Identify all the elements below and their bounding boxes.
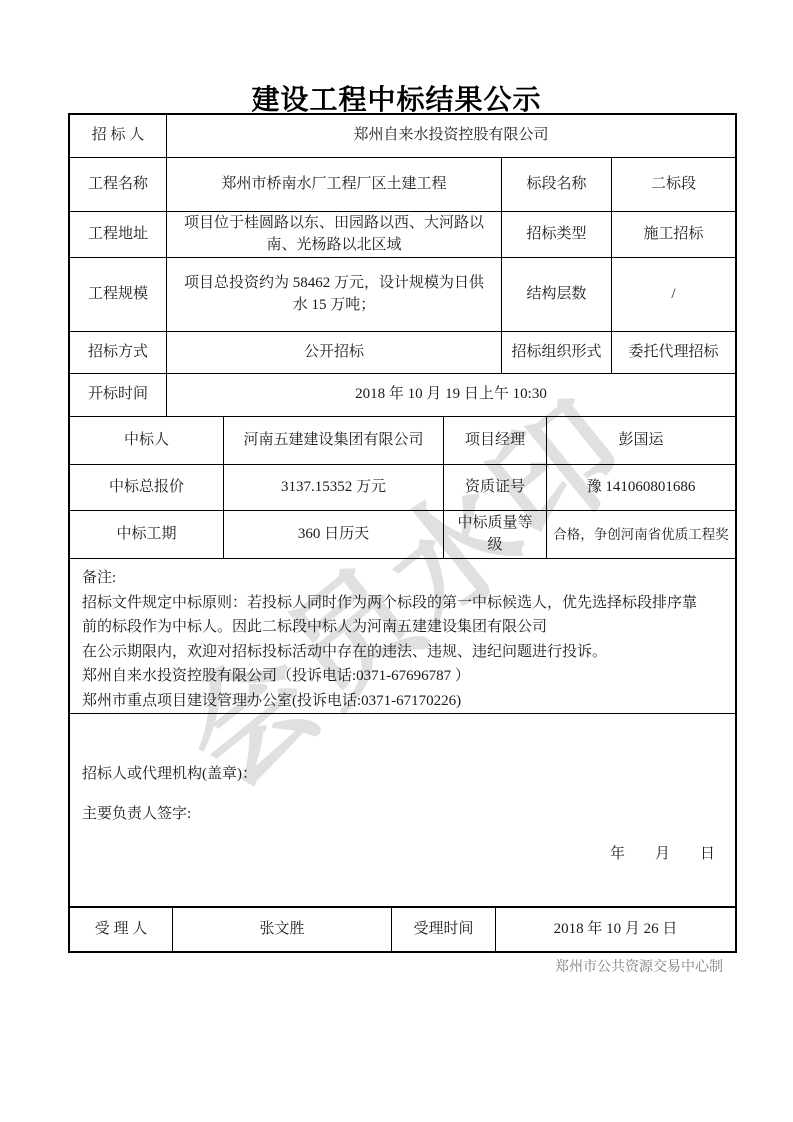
bid-org-form-label: 招标组织形式 (502, 332, 612, 373)
table-row-bid-method: 招标方式 公开招标 招标组织形式 委托代理招标 (70, 332, 735, 374)
section-name-label: 标段名称 (502, 158, 612, 211)
table-row-remarks: 备注: 招标文件规定中标原则：若投标人同时作为两个标段的第一中标候选人，优先选择… (70, 559, 735, 714)
remarks-line: 招标文件规定中标原则：若投标人同时作为两个标段的第一中标候选人，优先选择标段排序… (82, 591, 723, 616)
table-row-signature: 招标人或代理机构(盖章)： 主要负责人签字: 年 月 日 (70, 714, 735, 908)
bid-open-time-label: 开标时间 (70, 374, 167, 416)
table-row-winner: 中标人 河南五建建设集团有限公司 项目经理 彭国运 (70, 417, 735, 465)
signature-block: 招标人或代理机构(盖章)： 主要负责人签字: 年 月 日 (70, 714, 735, 906)
footer-note: 郑州市公共资源交易中心制 (68, 956, 737, 976)
table-row-project-address: 工程地址 项目位于桂圆路以东、田园路以西、大河路以南、光杨路以北区域 招标类型 … (70, 212, 735, 258)
sign-label: 主要负责人签字: (82, 802, 191, 823)
bid-result-table: 招 标 人 郑州自来水投资控股有限公司 工程名称 郑州市桥南水厂工程厂区土建工程… (68, 113, 737, 953)
document-page: 会员水印 建设工程中标结果公示 招 标 人 郑州自来水投资控股有限公司 工程名称… (0, 0, 793, 1122)
remarks-line: 郑州自来水投资控股有限公司（投诉电话:0371-67696787 ） (82, 664, 723, 689)
structure-floors-value: / (612, 258, 735, 331)
bidder-value: 郑州自来水投资控股有限公司 (167, 115, 735, 157)
remarks-line: 前的标段作为中标人。因此二标段中标人为河南五建建设集团有限公司 (82, 615, 723, 640)
duration-label: 中标工期 (70, 511, 224, 558)
bid-org-form-value: 委托代理招标 (612, 332, 735, 373)
acceptance-value: 张文胜 (173, 908, 392, 951)
table-row-acceptance: 受 理 人 张文胜 受理时间 2018 年 10 月 26 日 (70, 908, 735, 951)
total-price-value: 3137.15352 万元 (224, 465, 444, 510)
winner-value: 河南五建建设集团有限公司 (224, 417, 444, 464)
project-scale-value: 项目总投资约为 58462 万元，设计规模为日供水 15 万吨； (167, 258, 502, 331)
remarks-block: 备注: 招标文件规定中标原则：若投标人同时作为两个标段的第一中标候选人，优先选择… (70, 559, 735, 713)
bid-open-time-value: 2018 年 10 月 19 日上午 10:30 (167, 374, 735, 416)
structure-floors-label: 结构层数 (502, 258, 612, 331)
table-row-project-name: 工程名称 郑州市桥南水厂工程厂区土建工程 标段名称 二标段 (70, 158, 735, 212)
quality-grade-label: 中标质量等级 (444, 511, 547, 558)
section-name-value: 二标段 (612, 158, 735, 211)
table-row-bidder: 招 标 人 郑州自来水投资控股有限公司 (70, 115, 735, 158)
bid-type-value: 施工招标 (612, 212, 735, 257)
project-name-label: 工程名称 (70, 158, 167, 211)
project-scale-label: 工程规模 (70, 258, 167, 331)
bid-type-label: 招标类型 (502, 212, 612, 257)
project-manager-label: 项目经理 (444, 417, 547, 464)
qualification-no-value: 豫 141060801686 (547, 465, 735, 510)
total-price-label: 中标总报价 (70, 465, 224, 510)
stamp-label: 招标人或代理机构(盖章)： (82, 762, 257, 783)
quality-grade-value: 合格，争创河南省优质工程奖 (547, 511, 735, 558)
remarks-line: 备注: (82, 566, 723, 591)
table-row-project-scale: 工程规模 项目总投资约为 58462 万元，设计规模为日供水 15 万吨； 结构… (70, 258, 735, 332)
acceptance-time-value: 2018 年 10 月 26 日 (496, 908, 735, 951)
project-address-value: 项目位于桂圆路以东、田园路以西、大河路以南、光杨路以北区域 (167, 212, 502, 257)
bidder-label: 招 标 人 (70, 115, 167, 157)
acceptance-time-label: 受理时间 (392, 908, 496, 951)
table-row-duration: 中标工期 360 日历天 中标质量等级 合格，争创河南省优质工程奖 (70, 511, 735, 559)
table-row-bid-open-time: 开标时间 2018 年 10 月 19 日上午 10:30 (70, 374, 735, 417)
winner-label: 中标人 (70, 417, 224, 464)
date-line: 年 月 日 (610, 842, 715, 863)
bid-method-label: 招标方式 (70, 332, 167, 373)
project-name-value: 郑州市桥南水厂工程厂区土建工程 (167, 158, 502, 211)
qualification-no-label: 资质证号 (444, 465, 547, 510)
table-row-total-price: 中标总报价 3137.15352 万元 资质证号 豫 141060801686 (70, 465, 735, 511)
bid-method-value: 公开招标 (167, 332, 502, 373)
duration-value: 360 日历天 (224, 511, 444, 558)
project-manager-value: 彭国运 (547, 417, 735, 464)
remarks-line: 郑州市重点项目建设管理办公室(投诉电话:0371-67170226) (82, 689, 723, 714)
remarks-line: 在公示期限内，欢迎对招标投标活动中存在的违法、违规、违纪问题进行投诉。 (82, 640, 723, 665)
acceptance-label: 受 理 人 (70, 908, 173, 951)
page-title: 建设工程中标结果公示 (0, 78, 793, 118)
project-address-label: 工程地址 (70, 212, 167, 257)
